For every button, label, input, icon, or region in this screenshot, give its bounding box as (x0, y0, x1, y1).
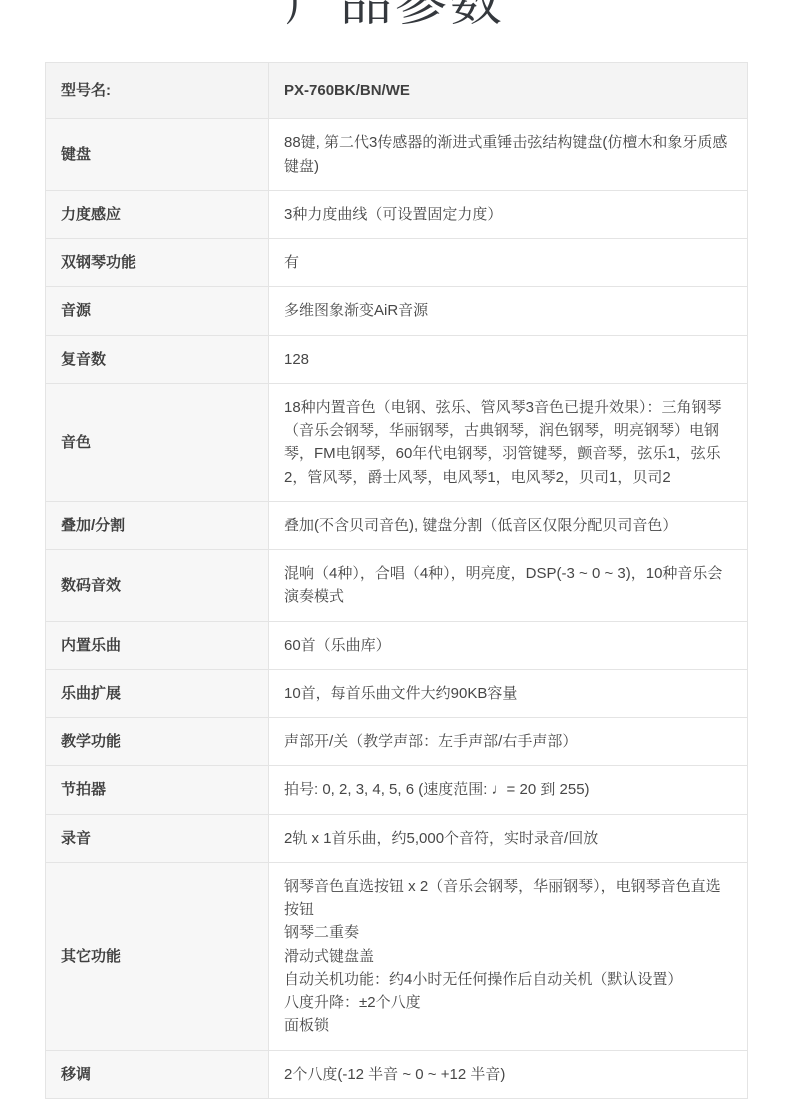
spec-label: 音色 (46, 383, 269, 501)
spec-row: 乐曲扩展10首，每首乐曲文件大约90KB容量 (46, 669, 748, 717)
page-title: 产品参数 (0, 0, 790, 29)
spec-value: 10首，每首乐曲文件大约90KB容量 (269, 669, 748, 717)
spec-value: 3种力度曲线（可设置固定力度） (269, 190, 748, 238)
spec-value: 叠加(不含贝司音色), 键盘分割（低音区仅限分配贝司音色） (269, 501, 748, 549)
spec-row: 录音2轨 x 1首乐曲，约5,000个音符，实时录音/回放 (46, 814, 748, 862)
spec-row: 教学功能声部开/关（教学声部：左手声部/右手声部） (46, 718, 748, 766)
spec-value: 128 (269, 335, 748, 383)
spec-value: 混响（4种），合唱（4种），明亮度，DSP(-3 ~ 0 ~ 3)，10种音乐会… (269, 550, 748, 622)
spec-label: 乐曲扩展 (46, 669, 269, 717)
spec-value: 18种内置音色（电钢、弦乐、管风琴3音色已提升效果）：三角钢琴（音乐会钢琴，华丽… (269, 383, 748, 501)
spec-value: 2个八度(-12 半音 ~ 0 ~ +12 半音) (269, 1050, 748, 1098)
spec-value: 2轨 x 1首乐曲，约5,000个音符，实时录音/回放 (269, 814, 748, 862)
spec-row: 音源多维图象渐变AiR音源 (46, 287, 748, 335)
spec-row: 音色18种内置音色（电钢、弦乐、管风琴3音色已提升效果）：三角钢琴（音乐会钢琴，… (46, 383, 748, 501)
spec-row: 叠加/分割叠加(不含贝司音色), 键盘分割（低音区仅限分配贝司音色） (46, 501, 748, 549)
spec-value: 88键, 第二代3传感器的渐进式重锤击弦结构键盘(仿檀木和象牙质感键盘) (269, 119, 748, 191)
spec-row: 双钢琴功能有 (46, 239, 748, 287)
spec-value: 拍号: 0, 2, 3, 4, 5, 6 (速度范围: ♩= 20 到 255) (269, 766, 748, 814)
spec-label: 录音 (46, 814, 269, 862)
spec-label: 复音数 (46, 335, 269, 383)
product-spec-table: 型号名:PX-760BK/BN/WE键盘88键, 第二代3传感器的渐进式重锤击弦… (45, 62, 748, 1099)
spec-value: 声部开/关（教学声部：左手声部/右手声部） (269, 718, 748, 766)
spec-label: 双钢琴功能 (46, 239, 269, 287)
spec-label: 叠加/分割 (46, 501, 269, 549)
spec-label: 数码音效 (46, 550, 269, 622)
spec-label: 移调 (46, 1050, 269, 1098)
spec-value: PX-760BK/BN/WE (269, 63, 748, 119)
spec-value: 有 (269, 239, 748, 287)
spec-label: 其它功能 (46, 862, 269, 1050)
spec-row: 移调2个八度(-12 半音 ~ 0 ~ +12 半音) (46, 1050, 748, 1098)
spec-value: 多维图象渐变AiR音源 (269, 287, 748, 335)
spec-table-body: 型号名:PX-760BK/BN/WE键盘88键, 第二代3传感器的渐进式重锤击弦… (46, 63, 748, 1099)
spec-row: 力度感应3种力度曲线（可设置固定力度） (46, 190, 748, 238)
spec-row: 数码音效混响（4种），合唱（4种），明亮度，DSP(-3 ~ 0 ~ 3)，10… (46, 550, 748, 622)
spec-label: 力度感应 (46, 190, 269, 238)
spec-label: 音源 (46, 287, 269, 335)
spec-label: 内置乐曲 (46, 621, 269, 669)
spec-row: 型号名:PX-760BK/BN/WE (46, 63, 748, 119)
spec-label: 节拍器 (46, 766, 269, 814)
spec-value: 60首（乐曲库） (269, 621, 748, 669)
spec-row: 内置乐曲60首（乐曲库） (46, 621, 748, 669)
spec-row: 键盘88键, 第二代3传感器的渐进式重锤击弦结构键盘(仿檀木和象牙质感键盘) (46, 119, 748, 191)
spec-label: 教学功能 (46, 718, 269, 766)
spec-row: 其它功能钢琴音色直选按钮 x 2（音乐会钢琴，华丽钢琴），电钢琴音色直选按钮 钢… (46, 862, 748, 1050)
spec-value: 钢琴音色直选按钮 x 2（音乐会钢琴，华丽钢琴），电钢琴音色直选按钮 钢琴二重奏… (269, 862, 748, 1050)
spec-row: 节拍器拍号: 0, 2, 3, 4, 5, 6 (速度范围: ♩= 20 到 2… (46, 766, 748, 814)
spec-row: 复音数128 (46, 335, 748, 383)
spec-label: 型号名: (46, 63, 269, 119)
spec-label: 键盘 (46, 119, 269, 191)
